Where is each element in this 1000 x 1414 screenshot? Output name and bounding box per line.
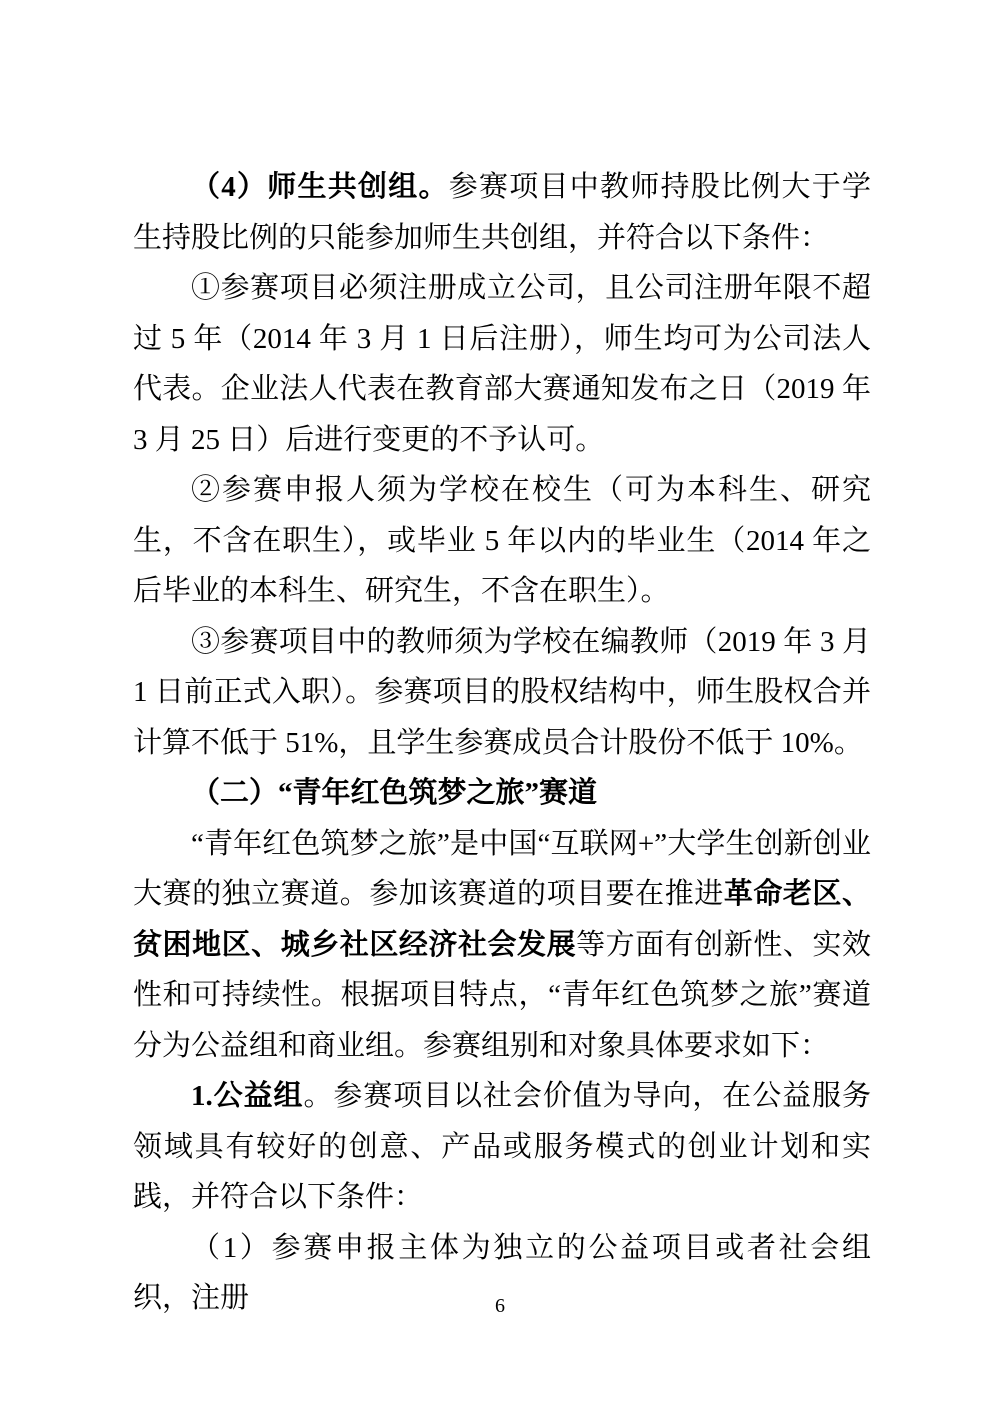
paragraph-group4: （4）师生共创组。参赛项目中教师持股比例大于学生持股比例的只能参加师生共创组，并… bbox=[133, 162, 871, 263]
page-number: 6 bbox=[0, 1292, 1000, 1320]
paragraph-text: ③参赛项目中的教师须为学校在编教师（2019 年 3 月 1 日前正式入职）。参… bbox=[133, 626, 871, 759]
paragraph-condition-1: ①参赛项目必须注册成立公司，且公司注册年限不超过 5 年（2014 年 3 月 … bbox=[133, 263, 871, 465]
paragraph-lead-bold: 1.公益组 bbox=[191, 1080, 303, 1112]
paragraph-condition-2: ②参赛申报人须为学校在校生（可为本科生、研究生，不含在职生），或毕业 5 年以内… bbox=[133, 465, 871, 617]
paragraph-text: ①参赛项目必须注册成立公司，且公司注册年限不超过 5 年（2014 年 3 月 … bbox=[133, 272, 871, 456]
section-heading-text: （二）“青年红色筑梦之旅”赛道 bbox=[191, 777, 597, 809]
paragraph-track-intro: “青年红色筑梦之旅”是中国“互联网+”大学生创新创业大赛的独立赛道。参加该赛道的… bbox=[133, 819, 871, 1072]
paragraph-condition-3: ③参赛项目中的教师须为学校在编教师（2019 年 3 月 1 日前正式入职）。参… bbox=[133, 617, 871, 769]
paragraph-public-welfare-group: 1.公益组。参赛项目以社会价值为导向，在公益服务领域具有较好的创意、产品或服务模… bbox=[133, 1071, 871, 1223]
document-body: （4）师生共创组。参赛项目中教师持股比例大于学生持股比例的只能参加师生共创组，并… bbox=[133, 162, 871, 1324]
document-page: （4）师生共创组。参赛项目中教师持股比例大于学生持股比例的只能参加师生共创组，并… bbox=[0, 0, 1000, 1414]
section-heading: （二）“青年红色筑梦之旅”赛道 bbox=[133, 768, 871, 819]
paragraph-text: ②参赛申报人须为学校在校生（可为本科生、研究生，不含在职生），或毕业 5 年以内… bbox=[133, 474, 871, 607]
paragraph-lead-bold: （4）师生共创组。 bbox=[191, 171, 449, 203]
